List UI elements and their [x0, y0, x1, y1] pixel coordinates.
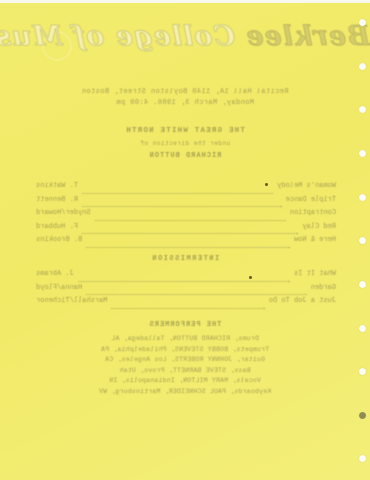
punch-hole [359, 63, 366, 70]
punch-hole [359, 150, 366, 157]
venue-block: Recital Hall 1A, 1140 Boylston Street, B… [0, 87, 370, 109]
performers-list: Drums, RICHARD BUTTON, Talladega, AL Tru… [0, 334, 370, 398]
punch-hole [359, 19, 366, 26]
dotted-leader [82, 233, 298, 234]
ink-speck [265, 183, 268, 186]
punch-hole [359, 237, 366, 244]
punch-hole [359, 106, 366, 113]
performer-line: Vocals, MARY MILTON, Indianapolis, IN [0, 376, 370, 387]
school-masthead: Berklee College of Music [0, 21, 370, 52]
punch-hole [359, 412, 366, 419]
scanned-page: Berklee College of Music Recital Hall 1A… [0, 0, 370, 480]
piece-title: Triple Dance [286, 196, 336, 204]
piece-title: Contraption [290, 209, 336, 217]
punch-hole [359, 194, 366, 201]
dotted-leader [78, 281, 290, 282]
punch-hole [359, 368, 366, 375]
composer-name: J. Abrams [36, 270, 74, 278]
program-row: Contraption Snyder/Howard [36, 209, 336, 223]
direction-line: under the direction of [0, 140, 370, 147]
school-name-outline: College of Music [0, 21, 235, 52]
dotted-leader [86, 294, 307, 295]
dotted-leader [111, 308, 264, 309]
composer-name: Marshall/Tichenor [36, 297, 107, 305]
punch-hole [359, 281, 366, 288]
date-line: Monday, March 3, 1986. 4:00 pm [0, 98, 370, 109]
performers-heading: THE PERFORMERS [0, 321, 370, 329]
dotted-leader [82, 193, 273, 194]
mirrored-bleedthrough-layer: Berklee College of Music Recital Hall 1A… [0, 3, 370, 480]
program-part-2: What It Is J. Abrams Garden Hanna/Floyd … [36, 270, 336, 311]
composer-name: R. Bennett [36, 196, 78, 204]
performer-line: Trumpets, BOBBY STEVENS, Philadelphia, P… [0, 345, 370, 356]
program-row: Here & Now B. Brookins [36, 236, 336, 250]
venue-line: Recital Hall 1A, 1140 Boylston Street, B… [0, 87, 370, 98]
punch-hole [359, 455, 366, 462]
performer-line: Bass, STEVE BARNETT, Provo, Utah [0, 366, 370, 377]
program-row: Just a Job To Do Marshall/Tichenor [36, 297, 336, 311]
performer-line: Guitar, JOHNNY ROBERTS, Los Angeles, CA [0, 355, 370, 366]
composer-name: Hanna/Floyd [36, 284, 82, 292]
punch-hole [359, 325, 366, 332]
composer-name: Snyder/Howard [36, 209, 91, 217]
piece-title: Garden [311, 284, 336, 292]
director-name: RICHARD BUTTON [0, 152, 370, 160]
performer-line: Drums, RICHARD BUTTON, Talladega, AL [0, 334, 370, 345]
program-row: Red Clay F. Hubbard [36, 223, 336, 237]
piece-title: What It Is [294, 270, 336, 278]
program-part-1: Woman's Melody T. Watkins Triple Dance R… [36, 182, 336, 250]
program-row: Woman's Melody T. Watkins [36, 182, 336, 196]
dotted-leader [86, 247, 290, 248]
composer-name: T. Watkins [36, 182, 78, 190]
piece-title: Just a Job To Do [269, 297, 336, 305]
ink-speck [249, 276, 252, 279]
piece-title: Here & Now [294, 236, 336, 244]
program-row: Garden Hanna/Floyd [36, 284, 336, 298]
piece-title: Red Clay [302, 223, 336, 231]
program-row: Triple Dance R. Bennett [36, 196, 336, 210]
intermission-label: INTERMISSION [0, 255, 370, 263]
ensemble-title: THE GREAT WHITE NORTH [0, 127, 370, 135]
school-name-bold: Berklee [245, 21, 370, 52]
dotted-leader [95, 220, 286, 221]
dotted-leader [82, 206, 282, 207]
program-row: What It Is J. Abrams [36, 270, 336, 284]
performer-line: Keyboards, PAUL SCHNEIDER, Martinsburg, … [0, 387, 370, 398]
yellow-paper: Berklee College of Music Recital Hall 1A… [0, 3, 370, 480]
composer-name: F. Hubbard [36, 223, 78, 231]
composer-name: B. Brookins [36, 236, 82, 244]
piece-title: Woman's Melody [277, 182, 336, 190]
